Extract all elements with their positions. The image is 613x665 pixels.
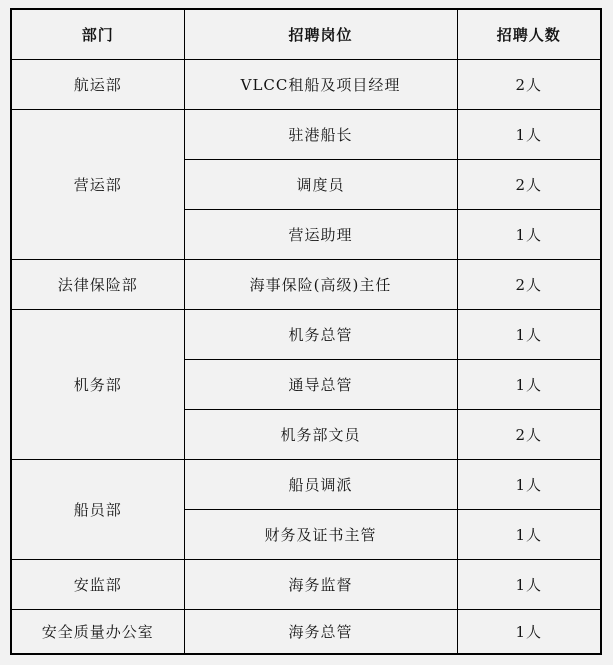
department-cell: 安全质量办公室 xyxy=(11,609,184,654)
headcount-cell: 2人 xyxy=(457,159,601,209)
headcount-cell: 1人 xyxy=(457,609,601,654)
header-row: 部门 招聘岗位 招聘人数 xyxy=(11,9,601,59)
position-cell: 财务及证书主管 xyxy=(184,509,457,559)
position-cell: 海事保险(高级)主任 xyxy=(184,259,457,309)
position-cell: 机务部文员 xyxy=(184,409,457,459)
position-cell: 机务总管 xyxy=(184,309,457,359)
headcount-cell: 1人 xyxy=(457,309,601,359)
department-cell: 机务部 xyxy=(11,309,184,459)
headcount-cell: 2人 xyxy=(457,259,601,309)
headcount-cell: 1人 xyxy=(457,109,601,159)
table-row: 营运部驻港船长1人 xyxy=(11,109,601,159)
headcount-cell: 1人 xyxy=(457,509,601,559)
position-cell: 调度员 xyxy=(184,159,457,209)
department-cell: 安监部 xyxy=(11,559,184,609)
table-row: 安全质量办公室海务总管1人 xyxy=(11,609,601,654)
position-cell: 营运助理 xyxy=(184,209,457,259)
page-background: 部门 招聘岗位 招聘人数 航运部VLCC租船及项目经理2人营运部驻港船长1人调度… xyxy=(0,0,613,665)
position-cell: 海务监督 xyxy=(184,559,457,609)
table-row: 安监部海务监督1人 xyxy=(11,559,601,609)
header-headcount: 招聘人数 xyxy=(457,9,601,59)
position-cell: VLCC租船及项目经理 xyxy=(184,59,457,109)
position-cell: 海务总管 xyxy=(184,609,457,654)
department-cell: 航运部 xyxy=(11,59,184,109)
headcount-cell: 1人 xyxy=(457,359,601,409)
header-department: 部门 xyxy=(11,9,184,59)
recruitment-table: 部门 招聘岗位 招聘人数 航运部VLCC租船及项目经理2人营运部驻港船长1人调度… xyxy=(10,8,602,655)
recruitment-table-header: 部门 招聘岗位 招聘人数 xyxy=(11,9,601,59)
position-cell: 通导总管 xyxy=(184,359,457,409)
headcount-cell: 2人 xyxy=(457,409,601,459)
table-row: 机务部机务总管1人 xyxy=(11,309,601,359)
department-cell: 营运部 xyxy=(11,109,184,259)
department-cell: 法律保险部 xyxy=(11,259,184,309)
table-row: 法律保险部海事保险(高级)主任2人 xyxy=(11,259,601,309)
position-cell: 船员调派 xyxy=(184,459,457,509)
table-row: 航运部VLCC租船及项目经理2人 xyxy=(11,59,601,109)
headcount-cell: 2人 xyxy=(457,59,601,109)
header-position: 招聘岗位 xyxy=(184,9,457,59)
department-cell: 船员部 xyxy=(11,459,184,559)
headcount-cell: 1人 xyxy=(457,459,601,509)
recruitment-table-body: 航运部VLCC租船及项目经理2人营运部驻港船长1人调度员2人营运助理1人法律保险… xyxy=(11,59,601,654)
headcount-cell: 1人 xyxy=(457,209,601,259)
position-cell: 驻港船长 xyxy=(184,109,457,159)
headcount-cell: 1人 xyxy=(457,559,601,609)
table-row: 船员部船员调派1人 xyxy=(11,459,601,509)
